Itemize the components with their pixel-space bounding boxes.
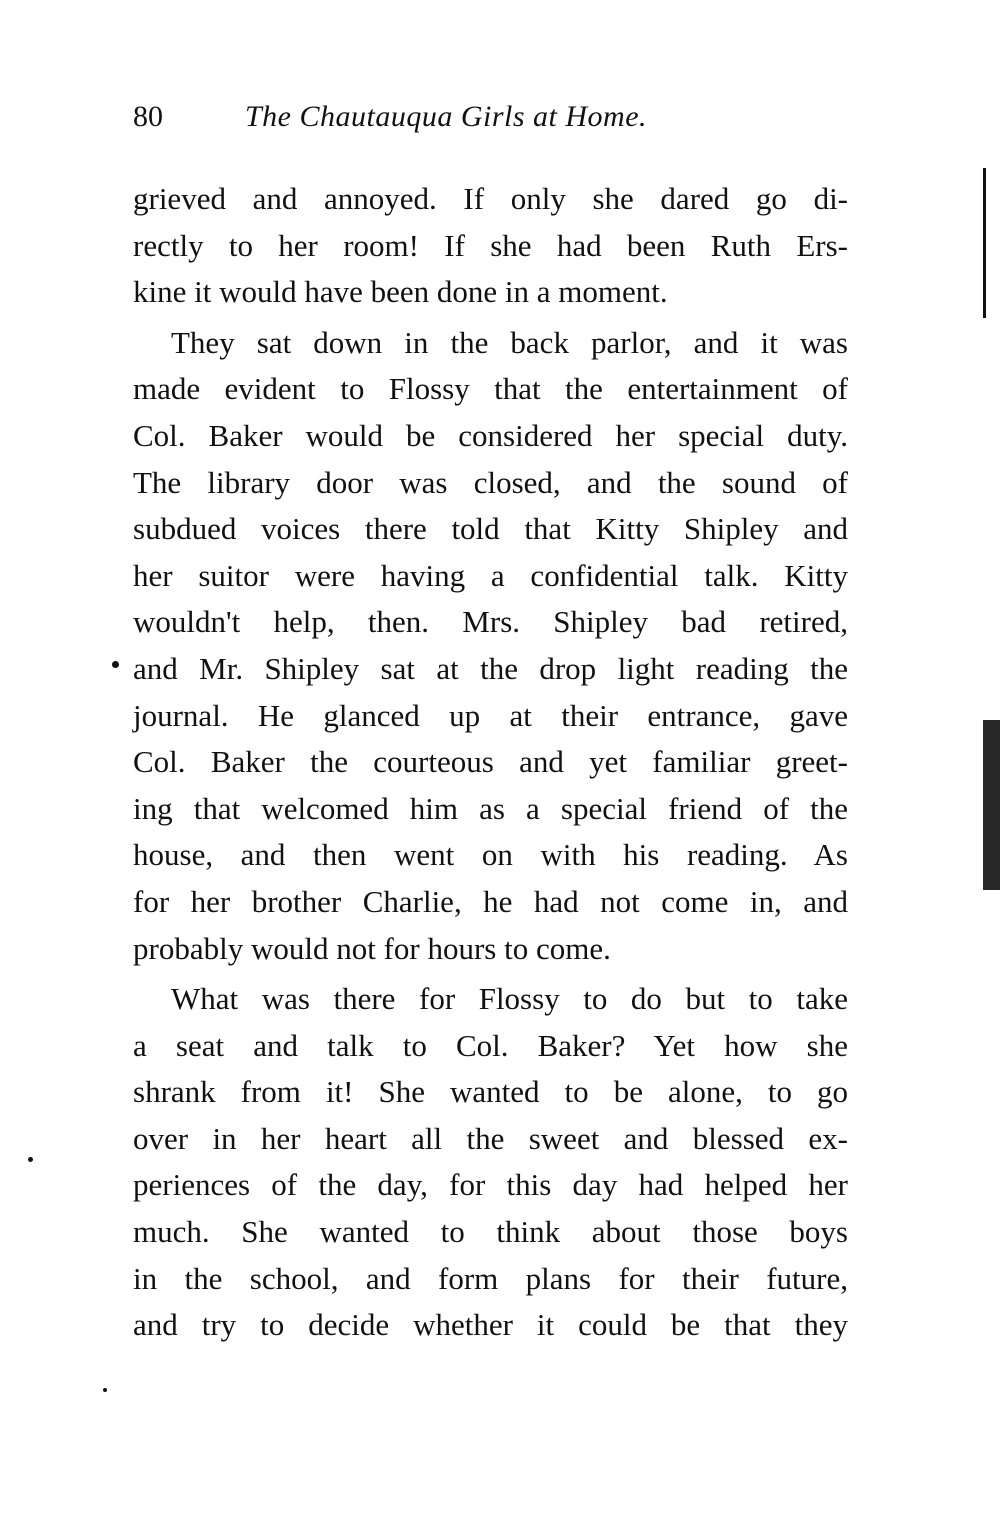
text-line: much. She wanted to think about those bo… bbox=[133, 1209, 848, 1256]
scan-artifact-edge-line bbox=[983, 168, 986, 318]
paragraph-1: grieved and annoyed. If only she dared g… bbox=[133, 176, 848, 316]
text-line: journal. He glanced up at their entrance… bbox=[133, 693, 848, 740]
text-line: a seat and talk to Col. Baker? Yet how s… bbox=[133, 1023, 848, 1070]
text-line: What was there for Flossy to do but to t… bbox=[133, 976, 848, 1023]
text-line: ing that welcomed him as a special frien… bbox=[133, 786, 848, 833]
text-line: her suitor were having a confidential ta… bbox=[133, 553, 848, 600]
scan-artifact-edge-smudge bbox=[983, 720, 1000, 890]
scan-artifact-dot bbox=[103, 1388, 107, 1392]
text-line: The library door was closed, and the sou… bbox=[133, 460, 848, 507]
text-line: and try to decide whether it could be th… bbox=[133, 1302, 848, 1349]
text-line: rectly to her room! If she had been Ruth… bbox=[133, 223, 848, 270]
text-line: wouldn't help, then. Mrs. Shipley bad re… bbox=[133, 599, 848, 646]
text-line: periences of the day, for this day had h… bbox=[133, 1162, 848, 1209]
paragraph-2: They sat down in the back parlor, and it… bbox=[133, 320, 848, 972]
text-line: They sat down in the back parlor, and it… bbox=[133, 320, 848, 367]
page-number: 80 bbox=[133, 100, 163, 134]
page-body: grieved and annoyed. If only she dared g… bbox=[133, 176, 848, 1349]
text-line: house, and then went on with his reading… bbox=[133, 832, 848, 879]
scan-artifact-dot bbox=[112, 661, 119, 668]
text-line: for her brother Charlie, he had not come… bbox=[133, 879, 848, 926]
text-line: shrank from it! She wanted to be alone, … bbox=[133, 1069, 848, 1116]
running-title: The Chautauqua Girls at Home. bbox=[245, 100, 647, 134]
text-line: in the school, and form plans for their … bbox=[133, 1256, 848, 1303]
text-line: probably would not for hours to come. bbox=[133, 926, 848, 973]
text-line: Col. Baker the courteous and yet familia… bbox=[133, 739, 848, 786]
text-line: Col. Baker would be considered her speci… bbox=[133, 413, 848, 460]
text-line: and Mr. Shipley sat at the drop light re… bbox=[133, 646, 848, 693]
text-line: over in her heart all the sweet and bles… bbox=[133, 1116, 848, 1163]
text-line: kine it would have been done in a moment… bbox=[133, 269, 848, 316]
text-line: made evident to Flossy that the entertai… bbox=[133, 366, 848, 413]
paragraph-3: What was there for Flossy to do but to t… bbox=[133, 976, 848, 1349]
text-line: subdued voices there told that Kitty Shi… bbox=[133, 506, 848, 553]
scan-artifact-dot bbox=[28, 1157, 33, 1162]
page-header: 80 The Chautauqua Girls at Home. bbox=[133, 100, 853, 140]
text-line: grieved and annoyed. If only she dared g… bbox=[133, 176, 848, 223]
